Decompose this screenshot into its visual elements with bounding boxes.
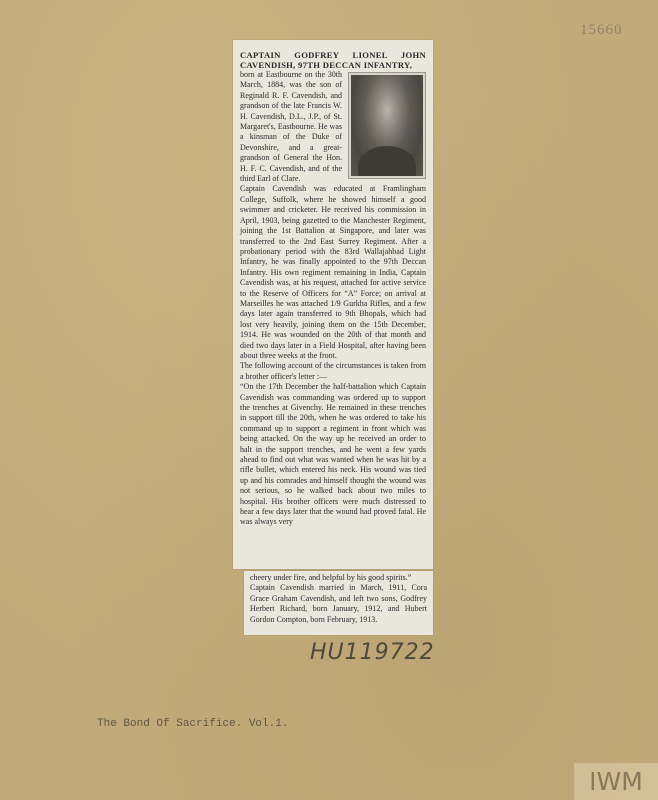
paragraph-account-intro: The following account of the circumstanc… xyxy=(240,361,426,382)
paragraph-career: Captain Cavendish was educated at Framli… xyxy=(240,184,426,361)
source-note: The Bond Of Sacrifice. Vol.1. xyxy=(97,718,288,730)
portrait-image xyxy=(351,75,423,176)
newspaper-clipping-continuation: cheery under fire, and helpful by his go… xyxy=(244,571,433,635)
handwritten-reference: HU119722 xyxy=(310,640,435,665)
catalogue-stamp: 15660 xyxy=(580,22,623,39)
portrait-photo-icon xyxy=(348,72,426,179)
newspaper-clipping: Captain Godfrey Lionel John Cavendish, 9… xyxy=(233,40,433,569)
paragraph-letter: “On the 17th December the half-battalion… xyxy=(240,382,426,528)
paragraph-family: Captain Cavendish married in March, 1911… xyxy=(250,583,427,625)
iwm-watermark: IWM xyxy=(574,763,658,800)
paragraph-letter-end: cheery under fire, and helpful by his go… xyxy=(250,573,427,583)
headline: Captain Godfrey Lionel John Cavendish, 9… xyxy=(240,50,426,70)
